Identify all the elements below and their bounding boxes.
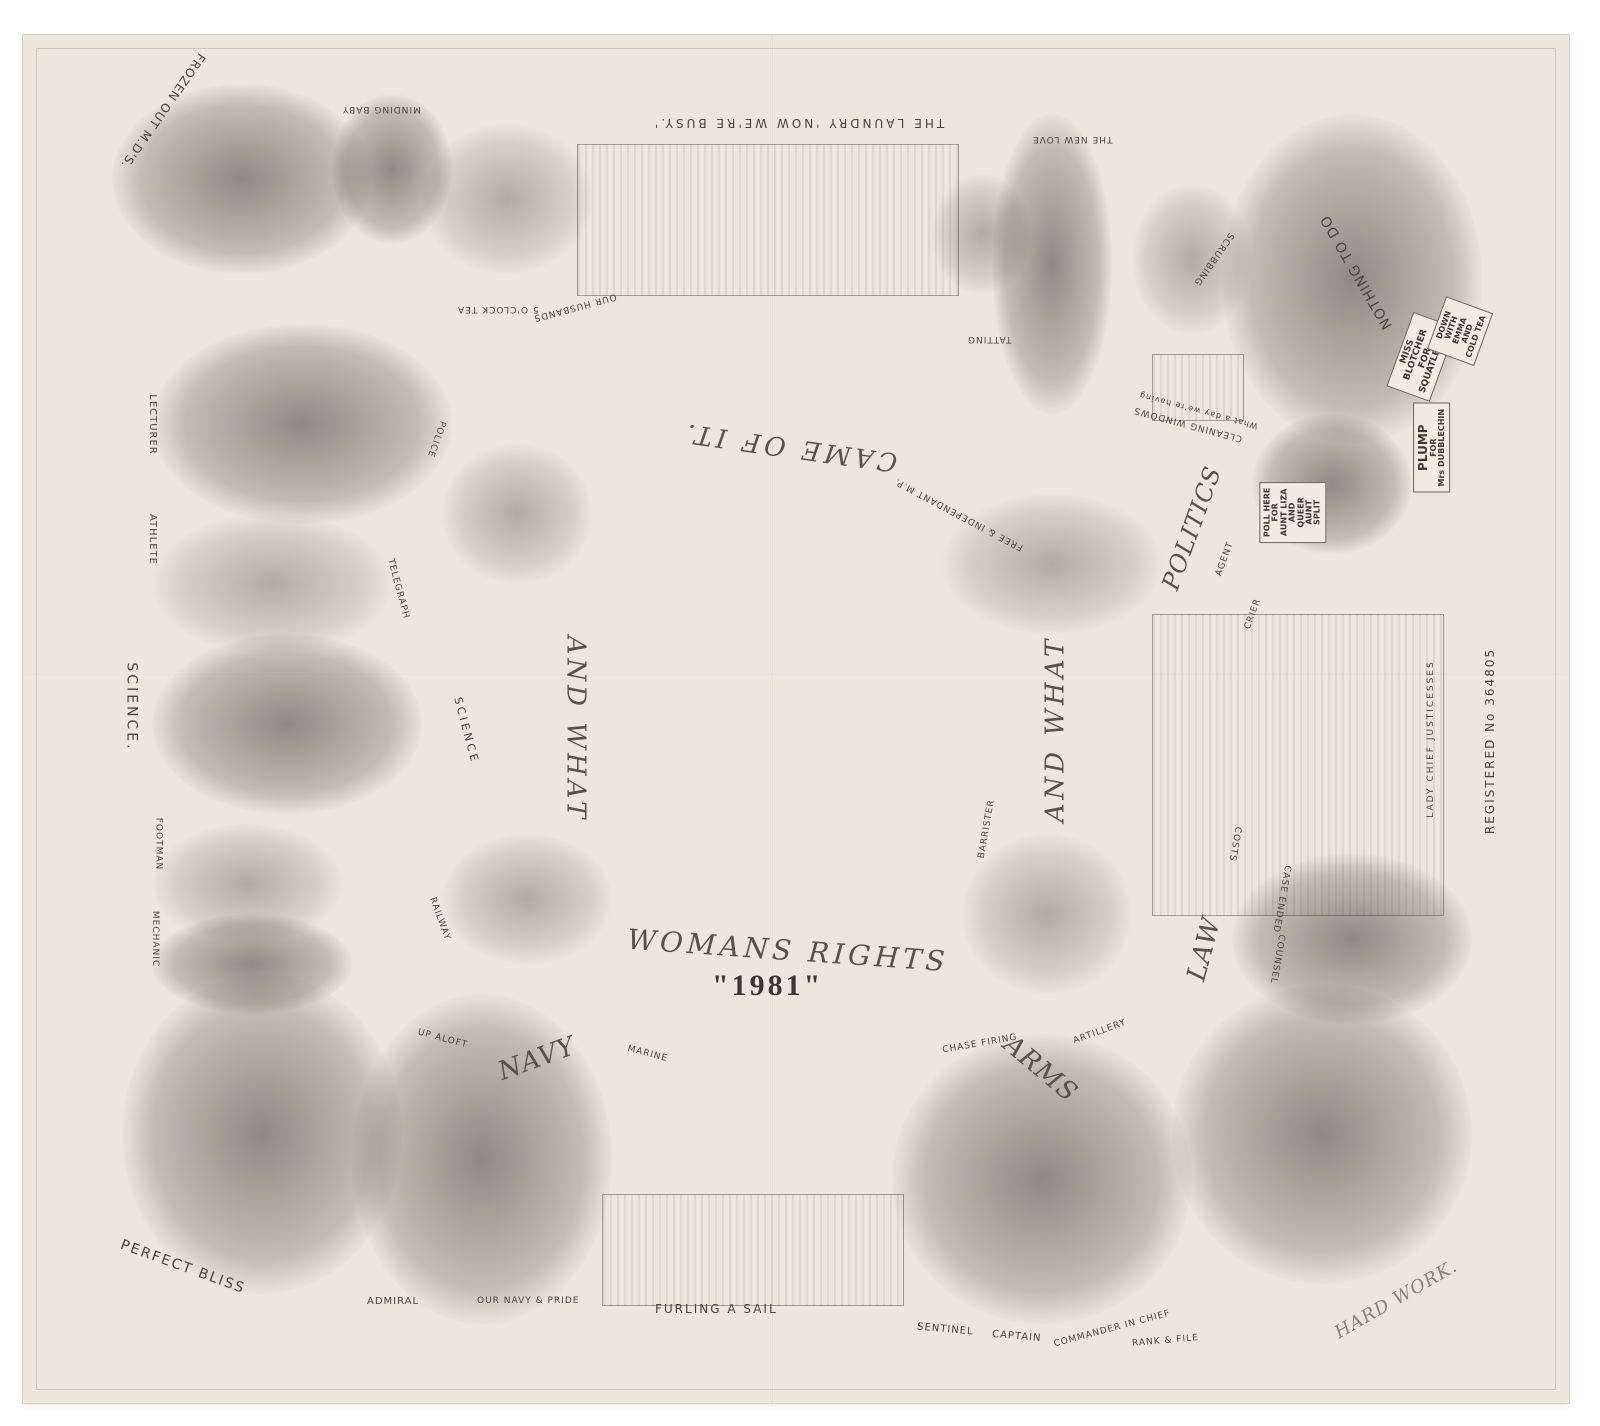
- illustration-tea: [422, 124, 592, 274]
- illustration-police: [442, 444, 592, 584]
- label-admiral: ADMIRAL: [367, 1296, 419, 1307]
- illustration-laundry: [577, 144, 959, 296]
- label-lady-chief-justicesses: LADY CHIEF JUSTICESSES: [1426, 660, 1436, 818]
- sign-line: SPLIT: [1314, 488, 1322, 537]
- label-our-navy-pride: OUR NAVY & PRIDE: [477, 1296, 579, 1306]
- illustration-lecturer-bird: [152, 324, 452, 524]
- label-footman: FOOTMAN: [153, 818, 163, 871]
- sign-poll-here: POLL HERE FOR AUNT LIZA AND QUEER AUNT S…: [1259, 482, 1326, 543]
- label-the-new-love: THE NEW LOVE: [1032, 134, 1112, 144]
- label-lecturer: LECTURER: [147, 394, 158, 455]
- illustration-barrister: [962, 834, 1132, 994]
- label-five-oclock-tea: 5 O'CLOCK TEA: [457, 304, 539, 314]
- illustration-hard-work: [1172, 984, 1472, 1284]
- label-laundry: THE LAUNDRY 'NOW WE'RE BUSY.': [652, 116, 944, 130]
- title-year: "1981": [712, 969, 823, 1003]
- label-mechanic: MECHANIC: [150, 911, 160, 967]
- illustration-free-mp: [942, 494, 1162, 634]
- handkerchief: WOMANS RIGHTS "1981" CAME OF IT. AND WHA…: [22, 34, 1570, 1404]
- sign-line: Mrs DUBBLECHIN: [1438, 409, 1446, 487]
- heading-science: SCIENCE.: [124, 662, 140, 751]
- illustration-science-figures: [152, 634, 422, 814]
- label-tatting: TATTING: [967, 334, 1011, 344]
- label-furling-a-sail: FURLING A SAIL: [655, 1302, 778, 1316]
- illustration-railway: [442, 834, 612, 964]
- illustration-athlete: [152, 514, 392, 654]
- sign-line: PLUMP: [1417, 409, 1430, 487]
- illustration-furling-sail: [602, 1194, 904, 1306]
- sign-plump: PLUMP FOR Mrs DUBBLECHIN: [1413, 403, 1450, 493]
- illustration-tatting: [932, 174, 1032, 294]
- label-registered-number: REGISTERED No 364805: [1483, 648, 1497, 834]
- phrase-and-what-right: AND WHAT: [1040, 636, 1070, 823]
- label-athlete: ATHLETE: [147, 514, 158, 565]
- label-minding-baby: MINDING BABY: [342, 104, 421, 114]
- phrase-and-what-left: AND WHAT: [560, 636, 590, 823]
